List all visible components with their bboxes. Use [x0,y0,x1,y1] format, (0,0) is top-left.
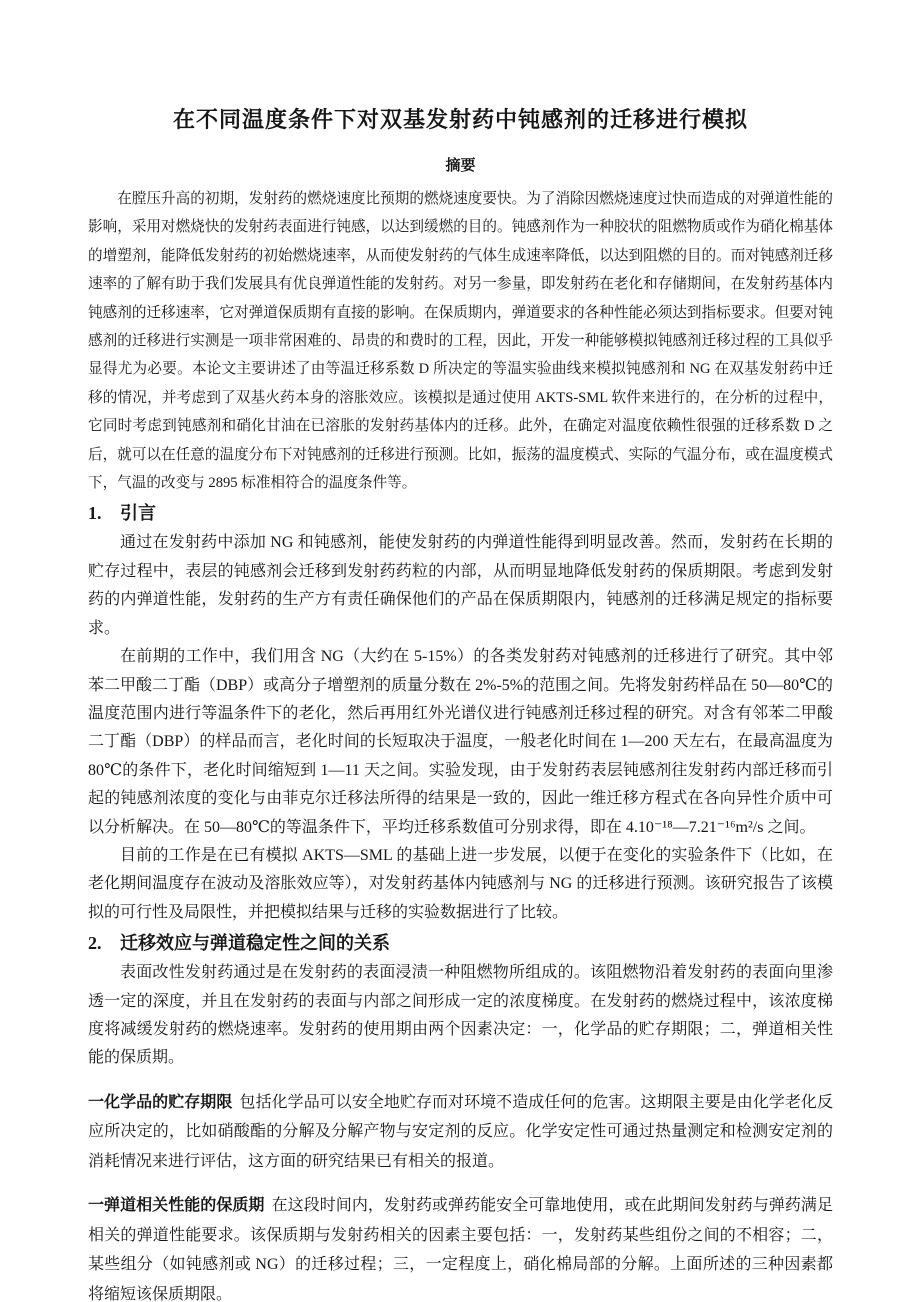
section-2-number: 2. [88,929,120,957]
section-1-title: 引言 [120,503,156,523]
paper-title: 在不同温度条件下对双基发射药中钝感剂的迁移进行模拟 [88,104,833,136]
section-1-number: 1. [88,499,120,527]
abstract-heading: 摘要 [88,156,833,176]
section-1-paragraph-1: 通过在发射药中添加 NG 和钝感剂，能使发射药的内弹道性能得到明显改善。然而，发… [88,529,833,643]
document-page: 在不同温度条件下对双基发射药中钝感剂的迁移进行模拟 摘要 在膛压升高的初期，发射… [0,0,920,1302]
definition-ballistic-shelf-life-lead: 一弹道相关性能的保质期 [88,1197,264,1214]
section-1-paragraph-2: 在前期的工作中，我们用含 NG（大约在 5-15%）的各类发射药对钝感剂的迁移进… [88,643,833,842]
definition-chemical-storage-life: 一化学品的贮存期限包括化学品可以安全地贮存而对环境不造成任何的危害。这期限主要是… [88,1088,833,1177]
section-1-paragraph-3: 目前的工作是在已有模拟 AKTS—SML 的基础上进一步发展，以便于在变化的实验… [88,842,833,927]
definition-ballistic-shelf-life: 一弹道相关性能的保质期在这段时间内，发射药或弹药能安全可靠地使用，或在此期间发射… [88,1191,833,1302]
section-2-title: 迁移效应与弹道稳定性之间的关系 [120,933,390,953]
definition-chemical-storage-life-lead: 一化学品的贮存期限 [88,1094,232,1111]
abstract-text: 在膛压升高的初期，发射药的燃烧速度比预期的燃烧速度要快。为了消除因燃烧速度过快而… [88,185,833,497]
section-1-heading: 1.引言 [88,499,833,527]
section-2-heading: 2.迁移效应与弹道稳定性之间的关系 [88,929,833,957]
section-2-paragraph-1: 表面改性发射药通过是在发射药的表面浸渍一种阻燃物所组成的。该阻燃物沿着发射药的表… [88,959,833,1073]
